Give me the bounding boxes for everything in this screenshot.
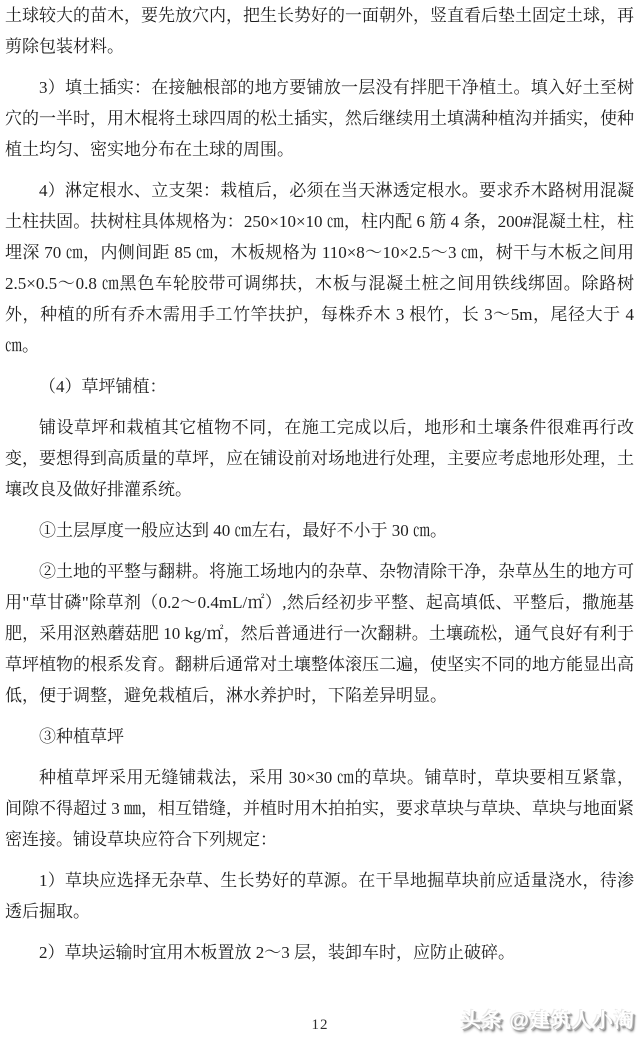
document-page: 土球较大的苗木，要先放穴内，把生长势好的一面朝外，竖直看后垫土固定土球，再剪除包… [0, 0, 640, 1040]
paragraph-heading: ③种植草坪 [5, 721, 634, 752]
paragraph: 3）填土插实：在接触根部的地方要铺放一层没有拌肥干净植土。填入好土至树穴的一半时… [5, 72, 634, 165]
paragraph: 4）淋定根水、立支架：栽植后，必须在当天淋透定根水。要求乔木路树用混凝土柱扶固。… [5, 175, 634, 361]
watermark: 头条 @建筑人小淘 [461, 1004, 635, 1033]
paragraph: 2）草块运输时宜用木板置放 2～3 层，装卸车时，应防止破碎。 [5, 937, 634, 968]
paragraph: ①土层厚度一般应达到 40 ㎝左右，最好不小于 30 ㎝。 [5, 515, 634, 546]
paragraph: 种植草坪采用无缝铺栽法，采用 30×30 ㎝的草块。铺草时，草块要相互紧靠，间隙… [5, 762, 634, 855]
paragraph: 铺设草坪和栽植其它植物不同，在施工完成以后，地形和土壤条件很难再行改变，要想得到… [5, 412, 634, 505]
document-body: 土球较大的苗木，要先放穴内，把生长势好的一面朝外，竖直看后垫土固定土球，再剪除包… [0, 0, 640, 968]
paragraph-heading: （4）草坪铺植： [5, 371, 634, 402]
paragraph: ②土地的平整与翻耕。将施工场地内的杂草、杂物清除干净，杂草丛生的地方可用"草甘磷… [5, 556, 634, 711]
paragraph: 1）草块应选择无杂草、生长势好的草源。在干旱地掘草块前应适量浇水，待渗透后掘取。 [5, 865, 634, 927]
paragraph: 土球较大的苗木，要先放穴内，把生长势好的一面朝外，竖直看后垫土固定土球，再剪除包… [5, 0, 634, 62]
